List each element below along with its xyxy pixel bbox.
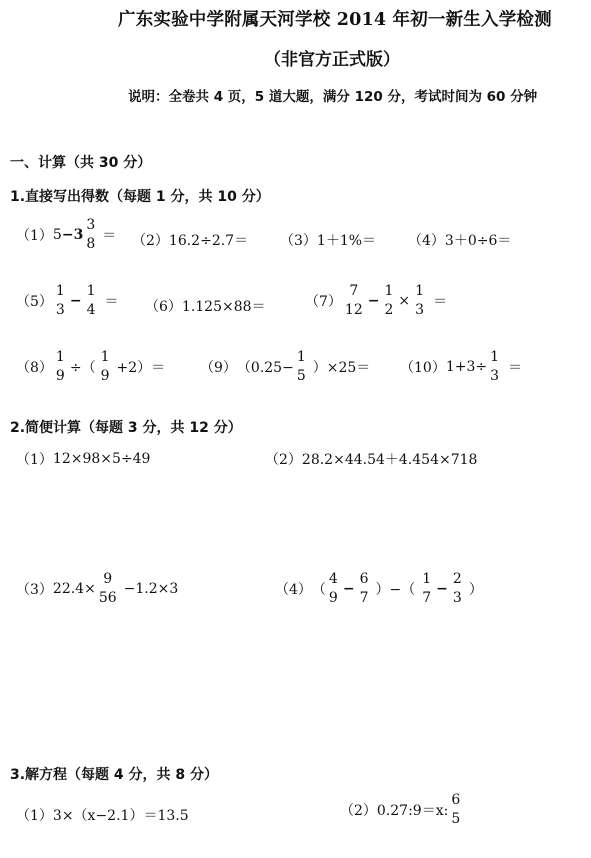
- problem-1-9: （9） （0.25− 15 ）×25＝: [200, 350, 370, 383]
- problem-label: （6）: [145, 296, 182, 316]
- operator: −: [70, 293, 82, 309]
- part-heading-direct: 1.直接写出得数（每题 1 分，共 10 分）: [10, 186, 270, 206]
- problem-1-10: （10） 1+3÷ 13 ＝: [400, 350, 522, 383]
- problem-label: （1）: [16, 805, 53, 825]
- fraction: 38: [85, 218, 96, 251]
- problem-label: （4）: [275, 579, 312, 599]
- equals: ＝: [508, 357, 522, 377]
- exam-instructions: 说明：全卷共 4 页，5 道大题，满分 120 分，考试时间为 60 分钟: [128, 85, 537, 105]
- problem-2-4: （4） （ 49 − 67 ）−（ 17 − 23 ）: [275, 572, 483, 605]
- problem-label: （10）: [400, 357, 446, 377]
- expr: −3: [62, 227, 83, 243]
- problem-label: （1）: [16, 225, 53, 245]
- problem-label: （3）: [280, 230, 317, 250]
- expr: 3＋0÷6＝: [445, 230, 511, 250]
- problem-1-1: （1） 5 −3 38 ＝: [16, 218, 116, 251]
- fraction: 13: [414, 284, 425, 317]
- expr: −1.2×3: [124, 581, 179, 597]
- expr: 22.4×: [53, 581, 96, 597]
- fraction: 712: [344, 284, 364, 317]
- fraction: 12: [383, 284, 394, 317]
- operator: −: [436, 581, 448, 597]
- fraction: 17: [421, 572, 432, 605]
- fraction: 13: [489, 350, 500, 383]
- document-subtitle: （非官方正式版）: [264, 45, 400, 70]
- fraction: 15: [296, 350, 307, 383]
- problem-1-2: （2） 16.2÷2.7＝: [132, 230, 248, 250]
- equals: ＝: [433, 291, 447, 311]
- expr: ）: [469, 579, 483, 599]
- expr: 12×98×5÷49: [53, 451, 151, 467]
- expr: +2）＝: [117, 357, 166, 377]
- operator: ×: [398, 293, 410, 309]
- expr: 3×（x−2.1）＝13.5: [53, 805, 189, 825]
- fraction: 65: [450, 793, 461, 826]
- expr: ）×25＝: [313, 357, 371, 377]
- problem-1-7: （7） 712 − 12 × 13 ＝: [305, 284, 447, 317]
- problem-label: （7）: [305, 291, 342, 311]
- fraction: 13: [55, 284, 66, 317]
- operator: ÷（: [70, 357, 96, 377]
- problem-label: （4）: [408, 230, 445, 250]
- problem-label: （5）: [16, 291, 53, 311]
- fraction: 23: [452, 572, 463, 605]
- part-heading-equations: 3.解方程（每题 4 分，共 8 分）: [10, 764, 218, 784]
- problem-label: （2）: [265, 449, 302, 469]
- operator: −: [343, 581, 355, 597]
- fraction: 67: [359, 572, 370, 605]
- problem-label: （2）: [132, 230, 169, 250]
- problem-label: （9）: [200, 357, 237, 377]
- expr: 1.125×88＝: [182, 296, 266, 316]
- problem-2-1: （1） 12×98×5÷49: [16, 449, 150, 469]
- fraction: 956: [98, 572, 118, 605]
- part-heading-simplify: 2.简便计算（每题 3 分，共 12 分）: [10, 417, 242, 437]
- document-title: 广东实验中学附属天河学校 2014 年初一新生入学检测: [118, 6, 552, 31]
- operator: −: [368, 293, 380, 309]
- problem-2-2: （2） 28.2×44.54＋4.454×718: [265, 449, 477, 469]
- expr: 1＋1%＝: [317, 230, 376, 250]
- equals: ＝: [102, 225, 116, 245]
- fraction: 49: [328, 572, 339, 605]
- problem-3-2: （2） 0.27:9＝x: 65: [340, 793, 463, 826]
- problem-1-8: （8） 19 ÷（ 19 +2）＝: [16, 350, 165, 383]
- problem-1-3: （3） 1＋1%＝: [280, 230, 376, 250]
- expr: 1+3÷: [446, 359, 487, 375]
- expr: （0.25−: [237, 357, 294, 377]
- fraction: 19: [100, 350, 111, 383]
- problem-1-6: （6） 1.125×88＝: [145, 296, 266, 316]
- problem-label: （3）: [16, 579, 53, 599]
- equals: ＝: [105, 291, 119, 311]
- expr: 5: [53, 227, 62, 243]
- fraction: 19: [55, 350, 66, 383]
- problem-1-4: （4） 3＋0÷6＝: [408, 230, 511, 250]
- expr: 28.2×44.54＋4.454×718: [302, 449, 478, 469]
- problem-label: （2）: [340, 800, 377, 820]
- problem-3-1: （1） 3×（x−2.1）＝13.5: [16, 805, 189, 825]
- problem-2-3: （3） 22.4× 956 −1.2×3: [16, 572, 178, 605]
- fraction: 14: [86, 284, 97, 317]
- expr: 16.2÷2.7＝: [169, 230, 248, 250]
- expr: ）−（: [376, 579, 416, 599]
- problem-1-5: （5） 13 − 14 ＝: [16, 284, 119, 317]
- problem-label: （1）: [16, 449, 53, 469]
- expr: 0.27:9＝x:: [377, 800, 448, 820]
- problem-label: （8）: [16, 357, 53, 377]
- section-heading-calc: 一、计算（共 30 分）: [10, 152, 151, 172]
- expr: （: [312, 579, 326, 599]
